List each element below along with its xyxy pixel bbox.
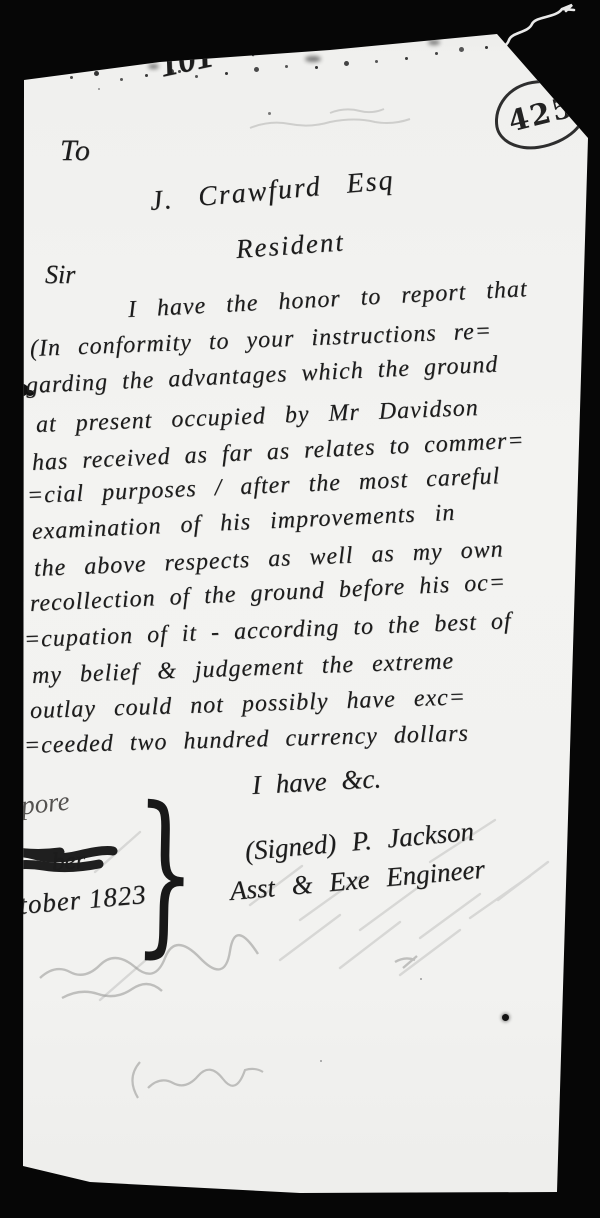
dateline-brace: } (133, 792, 197, 956)
struck-word-fragment: ber (51, 847, 86, 877)
closing-line: I have &c. (251, 763, 382, 801)
paper-speck (178, 70, 181, 73)
paper-edge-blotch (148, 64, 159, 69)
paper-speck (420, 978, 422, 980)
salutation: Sir (45, 260, 75, 290)
paper-edge-grit (40, 70, 43, 73)
letter-page: 101 ✓ 425 To J. Crawfurd Esq Resident Si… (0, 0, 600, 1218)
addressee-title: Resident (235, 226, 346, 265)
letter-line: outlay could not possibly have exc= (30, 684, 467, 725)
folio-number: 425 (505, 89, 578, 138)
ink-dot (502, 1014, 509, 1021)
paper-speck (98, 88, 100, 90)
letter-line: I have the honor to report that (127, 276, 528, 324)
page-number: 101 (156, 33, 218, 85)
letter-line: =cupation of it - according to the best … (23, 608, 512, 654)
addressee-name: J. Crawfurd Esq (149, 165, 396, 218)
paper-speck (320, 1060, 322, 1062)
dateline-date: October 1823 (0, 879, 148, 924)
paper-speck (268, 112, 271, 115)
checkmark-annotation: ✓ (247, 42, 264, 64)
paper-edge-blotch (428, 40, 440, 45)
microfilm-frame: 101 ✓ 425 To J. Crawfurd Esq Resident Si… (0, 0, 600, 1218)
dateline-place: Singapore (0, 786, 71, 828)
folio-number-circled: 425 (489, 73, 592, 155)
to-label: To (60, 134, 91, 168)
letter-line: =ceeded two hundred currency dollars (24, 721, 470, 760)
letter-line: my belief & judgement the extreme (32, 648, 455, 690)
paper-edge-blotch (305, 56, 321, 62)
